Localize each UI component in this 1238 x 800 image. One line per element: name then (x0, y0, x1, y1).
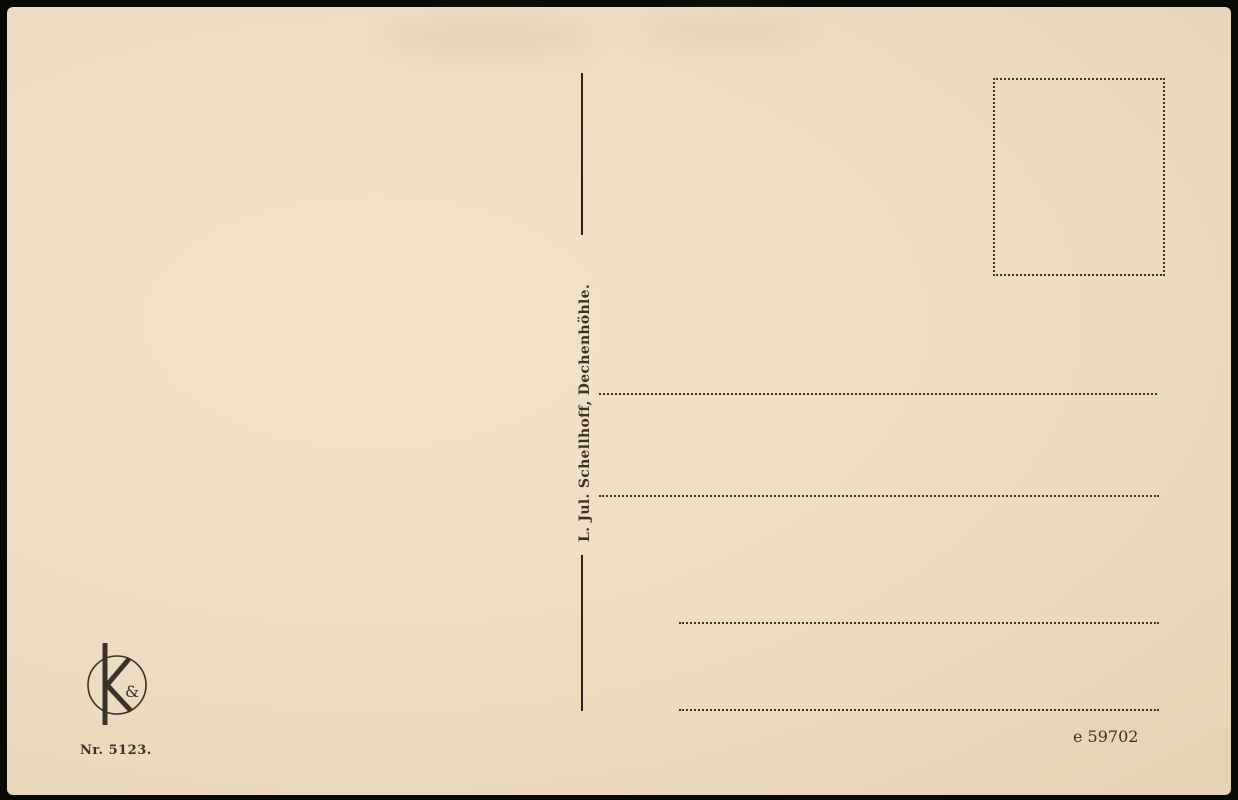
catalog-number: Nr. 5123. (80, 743, 152, 758)
postcard-back: L. Jul. Schellhoff, Dechenhöhle. & Nr. 5… (7, 7, 1231, 795)
print-code: e 59702 (1073, 727, 1138, 746)
paper-stain (387, 17, 587, 57)
paper-stain (647, 15, 807, 45)
publisher-line: L. Jul. Schellhoff, Dechenhöhle. (577, 284, 593, 542)
publisher-logo-icon: & (85, 641, 151, 725)
divider-line-bottom (581, 555, 583, 711)
svg-text:&: & (125, 682, 139, 701)
stamp-box (993, 78, 1165, 276)
address-line-1 (599, 393, 1157, 395)
address-line-4 (679, 709, 1159, 711)
address-line-2 (599, 495, 1159, 497)
divider-line-top (581, 73, 583, 235)
address-line-3 (679, 622, 1159, 624)
